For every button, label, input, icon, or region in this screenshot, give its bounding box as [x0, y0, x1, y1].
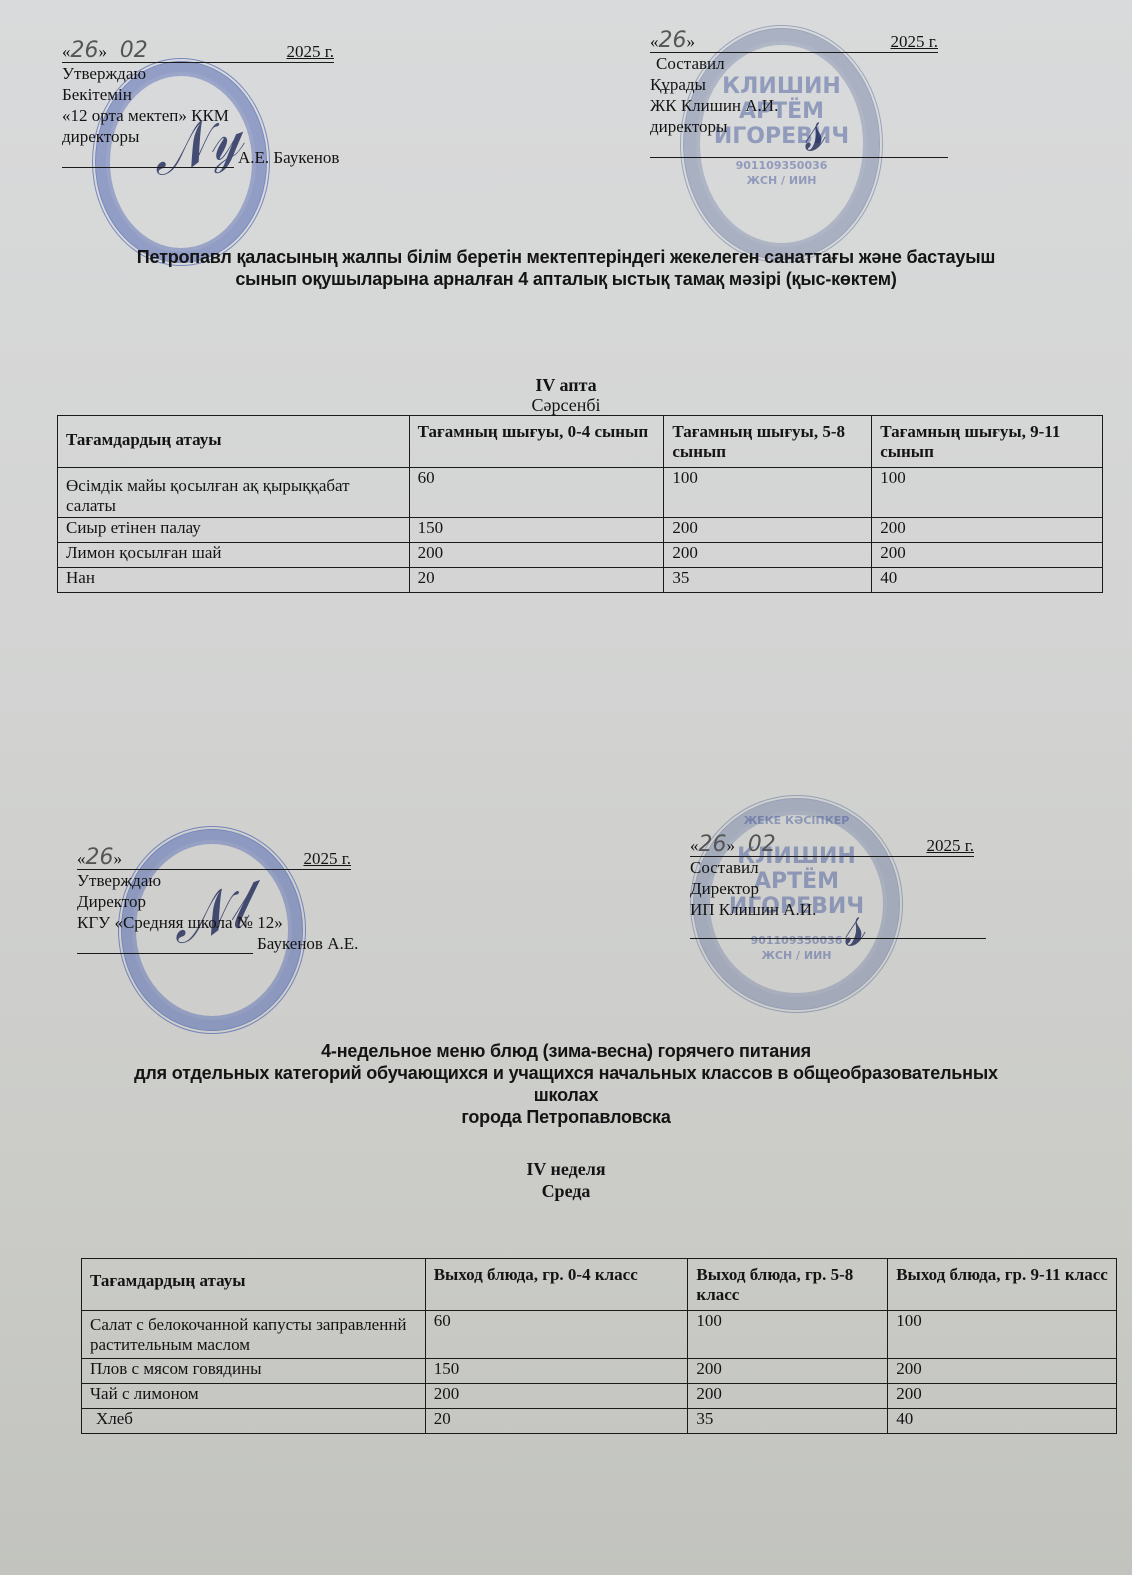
portion-cell: 200 [888, 1359, 1117, 1384]
dish-name: Плов с мясом говядины [82, 1359, 426, 1384]
column-header: Выход блюда, гр. 5-8 класс [688, 1259, 888, 1311]
approval-line: Бекітемін [62, 84, 334, 105]
approval-year: 2025 г. [926, 835, 974, 856]
column-header: Тағамның шығуы, 9-11 сынып [872, 416, 1103, 468]
column-header: Тағамдардың атауы [58, 416, 410, 468]
table-row: Плов с мясом говядины 150 200 200 [82, 1359, 1117, 1384]
ru-day: Среда [0, 1180, 1132, 1202]
portion-cell: 150 [425, 1359, 688, 1384]
ru-week: IV неделя [0, 1158, 1132, 1180]
approval-line: Составил [690, 857, 974, 878]
column-header: Тағамның шығуы, 5-8 сынып [664, 416, 872, 468]
approval-line: «12 орта мектеп» ККМ [62, 105, 334, 126]
approval-line: Директор [690, 878, 974, 899]
approval-block-left-ru: «26» 2025 г. Утверждаю Директор КГУ «Сре… [77, 845, 351, 954]
approval-line: Составил [650, 53, 938, 74]
kz-title: Петропавл қаласының жалпы білім беретін … [40, 246, 1092, 290]
table-row: Нан 20 35 40 [58, 568, 1103, 593]
portion-cell: 200 [688, 1384, 888, 1409]
portion-cell: 200 [688, 1359, 888, 1384]
approval-block-right-ru: «26» 02 2025 г. Составил Директор ИП Кли… [690, 832, 974, 939]
column-header: Тағамның шығуы, 0-4 сынып [409, 416, 664, 468]
table-header-row: Тағамдардың атауы Выход блюда, гр. 0-4 к… [82, 1259, 1117, 1311]
approval-line: Құрады [650, 74, 938, 95]
table-header-row: Тағамдардың атауы Тағамның шығуы, 0-4 сы… [58, 416, 1103, 468]
portion-cell: 200 [425, 1384, 688, 1409]
table-row: Лимон қосылған шай 200 200 200 [58, 543, 1103, 568]
dish-name: Салат с белокочанной капусты заправленнй… [82, 1311, 426, 1359]
kz-menu-table: Тағамдардың атауы Тағамның шығуы, 0-4 сы… [57, 415, 1103, 593]
approval-day: 26 [699, 832, 727, 857]
portion-cell: 40 [872, 568, 1103, 593]
approval-block-right-kz: «26» 2025 г. Составил Құрады ЖК Клишин А… [650, 28, 938, 158]
portion-cell: 60 [409, 468, 664, 518]
approval-line: директоры [650, 116, 938, 137]
portion-cell: 200 [664, 518, 872, 543]
portion-cell: 40 [888, 1409, 1117, 1434]
approver-name: Баукенов А.Е. [257, 933, 358, 954]
title-line: сынып оқушыларына арналған 4 апталық ыст… [40, 268, 1092, 290]
approval-day: 26 [71, 38, 99, 63]
approval-month: 02 [748, 832, 776, 857]
title-line: Петропавл қаласының жалпы білім беретін … [40, 246, 1092, 268]
approval-date: «26» 2025 г. [77, 845, 351, 870]
portion-cell: 35 [664, 568, 872, 593]
portion-cell: 200 [409, 543, 664, 568]
title-line: школах [40, 1084, 1092, 1106]
stamp-iin: 901109350036 [684, 159, 879, 172]
table-row: Өсімдік майы қосылған ақ қырыққабат сала… [58, 468, 1103, 518]
signature-line [650, 137, 948, 158]
approval-line: Директор [77, 891, 351, 912]
column-header: Выход блюда, гр. 0-4 класс [425, 1259, 688, 1311]
portion-cell: 150 [409, 518, 664, 543]
dish-name: Сиыр етінен палау [58, 518, 410, 543]
approval-month: 02 [120, 38, 148, 63]
stamp-header: ЖЕКЕ КӘСІПКЕР [694, 814, 899, 827]
column-header: Тағамдардың атауы [82, 1259, 426, 1311]
approval-block-left-kz: «26» 02 2025 г. Утверждаю Бекітемін «12 … [62, 38, 334, 168]
portion-cell: 20 [425, 1409, 688, 1434]
approval-line: ИП Клишин А.И. [690, 899, 974, 920]
ru-menu-table: Тағамдардың атауы Выход блюда, гр. 0-4 к… [81, 1258, 1117, 1434]
table-row: Хлеб 20 35 40 [82, 1409, 1117, 1434]
portion-cell: 200 [872, 543, 1103, 568]
approval-line: КГУ «Средняя школа № 12» [77, 912, 351, 933]
approval-day: 26 [86, 845, 114, 870]
approval-year: 2025 г. [890, 31, 938, 52]
title-line: города Петропавловска [40, 1106, 1092, 1128]
signature-line [77, 939, 253, 954]
signature-line [62, 153, 234, 168]
approval-line: Утверждаю [77, 870, 351, 891]
portion-cell: 200 [872, 518, 1103, 543]
approval-line: ЖК Клишин А.И. [650, 95, 938, 116]
dish-name: Чай с лимоном [82, 1384, 426, 1409]
kz-week: IV апта [0, 374, 1132, 396]
stamp-iin-label: ЖСН / ИИН [684, 174, 879, 187]
approval-line: Утверждаю [62, 63, 334, 84]
dish-name: Нан [58, 568, 410, 593]
approval-year: 2025 г. [303, 848, 351, 869]
portion-cell: 35 [688, 1409, 888, 1434]
portion-cell: 60 [425, 1311, 688, 1359]
approver-name: А.Е. Баукенов [238, 147, 339, 168]
title-line: для отдельных категорий обучающихся и уч… [40, 1062, 1092, 1084]
approval-year: 2025 г. [286, 41, 334, 62]
table-row: Салат с белокочанной капусты заправленнй… [82, 1311, 1117, 1359]
column-header: Выход блюда, гр. 9-11 класс [888, 1259, 1117, 1311]
approval-line: директоры [62, 126, 334, 147]
title-line: 4-недельное меню блюд (зима-весна) горяч… [40, 1040, 1092, 1062]
dish-name: Хлеб [82, 1409, 426, 1434]
portion-cell: 100 [664, 468, 872, 518]
portion-cell: 200 [664, 543, 872, 568]
approval-day: 26 [659, 28, 687, 53]
portion-cell: 100 [888, 1311, 1117, 1359]
table-row: Чай с лимоном 200 200 200 [82, 1384, 1117, 1409]
ru-title: 4-недельное меню блюд (зима-весна) горяч… [40, 1040, 1092, 1128]
dish-name: Өсімдік майы қосылған ақ қырыққабат сала… [58, 468, 410, 518]
portion-cell: 200 [888, 1384, 1117, 1409]
kz-day: Сәрсенбі [0, 394, 1132, 416]
portion-cell: 100 [688, 1311, 888, 1359]
portion-cell: 100 [872, 468, 1103, 518]
approval-date: «26» 2025 г. [650, 28, 938, 53]
approval-date: «26» 02 2025 г. [62, 38, 334, 63]
portion-cell: 20 [409, 568, 664, 593]
signature-line [690, 920, 986, 939]
table-row: Сиыр етінен палау 150 200 200 [58, 518, 1103, 543]
approval-date: «26» 02 2025 г. [690, 832, 974, 857]
dish-name: Лимон қосылған шай [58, 543, 410, 568]
